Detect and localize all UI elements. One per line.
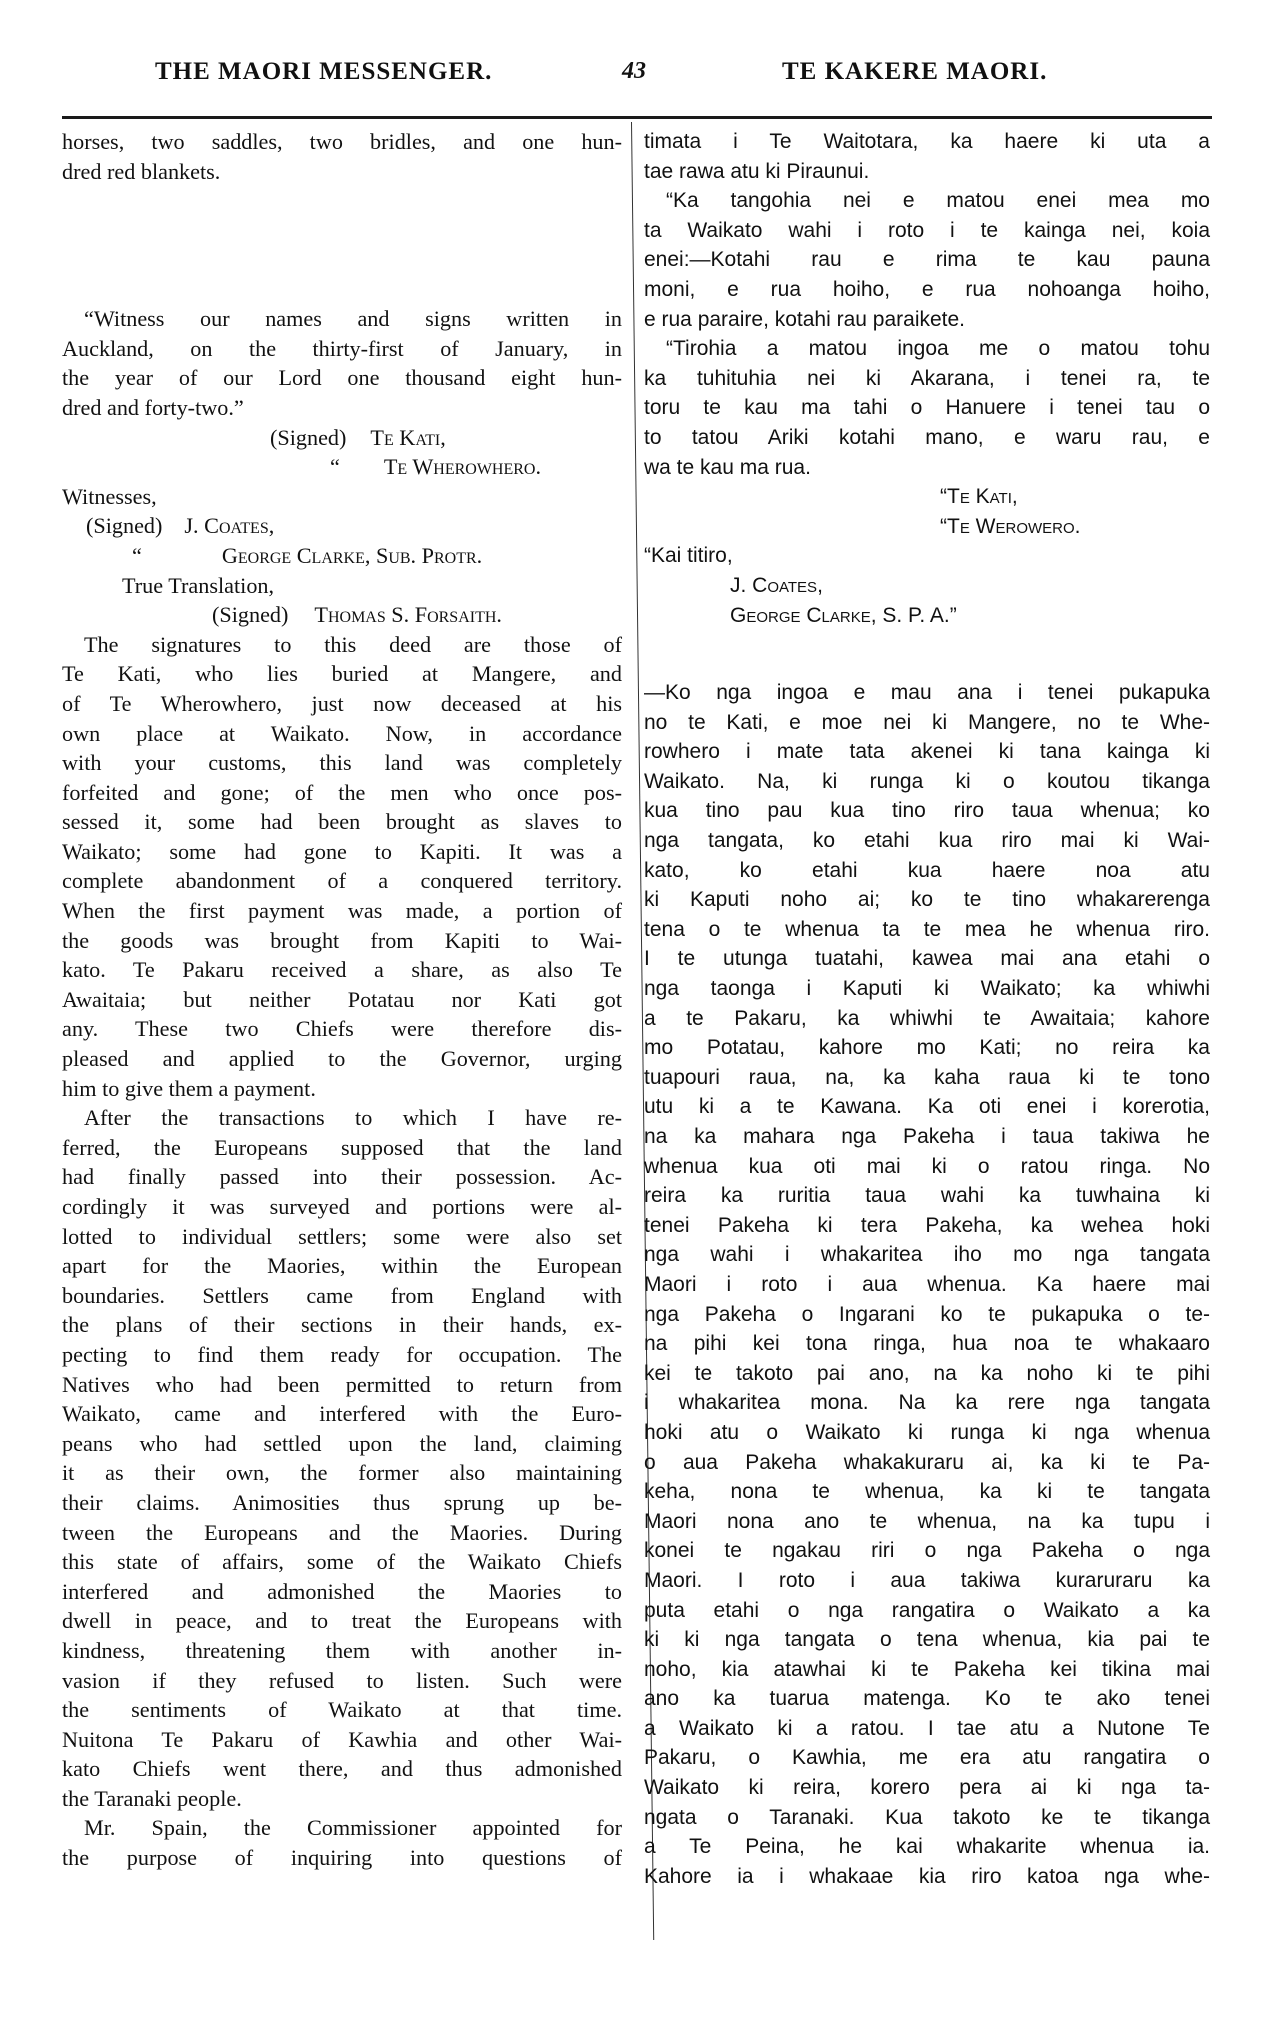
translation-label: True Translation,	[122, 573, 274, 598]
text-line: lotted to individual settlers; some were…	[62, 1222, 622, 1252]
running-header: THE MAORI MESSENGER. 43 TE KAKERE MAORI.	[0, 58, 1280, 94]
text-line: wa te kau ma rua.	[644, 453, 1210, 483]
text-line: ngata o Taranaki. Kua takoto ke te tikan…	[644, 1803, 1210, 1833]
text-line: nga taonga i Kaputi ki Waikato; ka whiwh…	[644, 974, 1210, 1004]
text-line: Maori. I roto i aua takiwa kuraruraru ka	[644, 1566, 1210, 1596]
text-line: Kahore ia i whakaae kia riro katoa nga w…	[644, 1862, 1210, 1892]
text-line: na pihi kei tona ringa, hua noa te whaka…	[644, 1329, 1210, 1359]
text-line: kua tino pau kua tino riro taua whenua; …	[644, 796, 1210, 826]
text-line: nga wahi i whakaritea iho mo nga tangata	[644, 1240, 1210, 1270]
maori-title: TE KAKERE MAORI.	[782, 58, 1047, 86]
text-line: it as their own, the former also maintai…	[62, 1458, 622, 1488]
text-line: peans who had settled upon the land, cla…	[62, 1429, 622, 1459]
text-line: kato. Te Pakaru received a share, as als…	[62, 955, 622, 985]
text-line: When the first payment was made, a porti…	[62, 896, 622, 926]
text-line: a Te Peina, he kai whakarite whenua ia.	[644, 1832, 1210, 1862]
text-line: horses, two saddles, two bridles, and on…	[62, 127, 622, 157]
translation-label-line: True Translation,	[62, 571, 622, 601]
text-line: —Ko nga ingoa e mau ana i tenei pukapuka	[644, 678, 1210, 708]
text-line: puta etahi o nga rangatira o Waikato a k…	[644, 1596, 1210, 1626]
text-line: ki Kaputi noho ai; ko te tino whakareren…	[644, 885, 1210, 915]
text-line: dwell in peace, and to treat the Europea…	[62, 1606, 622, 1636]
text-line: own place at Waikato. Now, in accordance	[62, 719, 622, 749]
text-line: sessed it, some had been brought as slav…	[62, 807, 622, 837]
blank-space	[644, 630, 1210, 678]
text-line: Pakaru, o Kawhia, me era atu rangatira o	[644, 1743, 1210, 1773]
text-line: e rua paraire, kotahi rau paraikete.	[644, 305, 1210, 335]
text-line: moni, e rua hoiho, e rua nohoanga hoiho,	[644, 275, 1210, 305]
text-line: kindness, threatening them with another …	[62, 1636, 622, 1666]
signatory-name: “Te Werowero.	[940, 515, 1080, 538]
text-line: dred and forty-two.”	[62, 393, 622, 423]
text-line: the goods was brought from Kapiti to Wai…	[62, 926, 622, 956]
deed-witness-paragraph: “Witness our names and signs written in …	[62, 304, 622, 422]
witness-line: “George Clarke, Sub. Protr.	[62, 541, 622, 571]
text-line: ferred, the Europeans supposed that the …	[62, 1133, 622, 1163]
text-line: kato, ko etahi kua haere noa atu	[644, 856, 1210, 886]
witness-line: (Signed)J. Coates,	[62, 511, 622, 541]
text-line: the sentiments of Waikato at that time.	[62, 1695, 622, 1725]
deed-witness-paragraph: “Tirohia a matou ingoa me o matou tohu k…	[644, 334, 1210, 482]
footnote-paragraph: The signatures to this deed are those of…	[62, 630, 622, 1104]
text-line: Te Kati, who lies buried at Mangere, and	[62, 659, 622, 689]
deed-items-paragraph: “Ka tangohia nei e matou enei mea mo ta …	[644, 186, 1210, 334]
text-line: “Tirohia a matou ingoa me o matou tohu	[644, 334, 1210, 364]
text-line: The signatures to this deed are those of	[62, 630, 622, 660]
text-line: tena o te whenua ta te mea he whenua rir…	[644, 915, 1210, 945]
text-line: kato Chiefs went there, and thus admonis…	[62, 1754, 622, 1784]
text-line: tuapouri raua, na, ka kaha raua ki te to…	[644, 1063, 1210, 1093]
text-line: dred red blankets.	[62, 157, 622, 187]
text-line: interfered and admonished the Maories to	[62, 1577, 622, 1607]
text-line: of Te Wherowhero, just now deceased at h…	[62, 689, 622, 719]
text-line: their claims. Animosities thus sprung up…	[62, 1488, 622, 1518]
body-paragraph: After the transactions to which I have r…	[62, 1103, 622, 1813]
text-line: a Waikato ki a ratou. I tae atu a Nutone…	[644, 1714, 1210, 1744]
text-line: the year of our Lord one thousand eight …	[62, 363, 622, 393]
witness-name: J. Coates,	[730, 574, 823, 597]
text-line: Waikato ki reira, korero pera ai ki nga …	[644, 1773, 1210, 1803]
text-line: cordingly it was surveyed and portions w…	[62, 1192, 622, 1222]
text-line: him to give them a payment.	[62, 1074, 622, 1104]
english-title: THE MAORI MESSENGER.	[155, 58, 492, 86]
text-line: kei te takoto pai ano, na ka noho ki te …	[644, 1359, 1210, 1389]
text-line: had finally passed into their possession…	[62, 1162, 622, 1192]
text-line: o aua Pakeha whakakuraru ai, ka ki te Pa…	[644, 1448, 1210, 1478]
text-line: no te Kati, e moe nei ki Mangere, no te …	[644, 708, 1210, 738]
signed-label: (Signed)	[270, 425, 346, 450]
signature-line: (Signed)Te Kati,	[62, 423, 622, 453]
signatures-block: “Te Kati, “Te Werowero. “Kai titiro, J. …	[644, 482, 1210, 630]
text-line: pleased and applied to the Governor, urg…	[62, 1044, 622, 1074]
witness-line: J. Coates,	[644, 571, 1210, 601]
paragraph-continuation: horses, two saddles, two bridles, and on…	[62, 127, 622, 186]
text-line: toru te kau ma tahi o Hanuere i tenei ta…	[644, 393, 1210, 423]
text-line: ka tuhituhia nei ki Akarana, i tenei ra,…	[644, 364, 1210, 394]
text-line: “Witness our names and signs written in	[62, 304, 622, 334]
text-line: Auckland, on the thirty-first of January…	[62, 334, 622, 364]
text-line: forfeited and gone; of the men who once …	[62, 778, 622, 808]
signatory-name: Te Wherowhero.	[384, 454, 541, 479]
text-line: I te utunga tuatahi, kawea mai ana etahi…	[644, 944, 1210, 974]
text-line: rowhero i mate tata akenei ki tana kaing…	[644, 737, 1210, 767]
text-line: tenei Pakeha ki tera Pakeha, ka wehea ho…	[644, 1211, 1210, 1241]
witnesses-label: Witnesses,	[62, 482, 622, 512]
signature-line: “Te Kati,	[644, 482, 1210, 512]
text-line: utu ki a te Kawana. Ka oti enei i korero…	[644, 1092, 1210, 1122]
english-column: horses, two saddles, two bridles, and on…	[62, 127, 622, 1873]
text-line: nga tangata, ko etahi kua riro mai ki Wa…	[644, 826, 1210, 856]
signature-line: “Te Werowero.	[644, 512, 1210, 542]
text-line: any. These two Chiefs were therefore dis…	[62, 1014, 622, 1044]
translator-line: (Signed)Thomas S. Forsaith.	[62, 600, 622, 630]
text-line: ano ka tuarua matenga. Ko te ako tenei	[644, 1684, 1210, 1714]
text-line: pecting to find them ready for occupatio…	[62, 1340, 622, 1370]
text-line: the Taranaki people.	[62, 1784, 622, 1814]
text-line: Waikato. Na, ki runga ki o koutou tikang…	[644, 767, 1210, 797]
text-line: Awaitaia; but neither Potatau nor Kati g…	[62, 985, 622, 1015]
signed-label: (Signed)	[212, 602, 288, 627]
text-line: the purpose of inquiring into questions …	[62, 1843, 622, 1873]
text-line: Mr. Spain, the Commissioner appointed fo…	[62, 1813, 622, 1843]
text-line: na ka mahara nga Pakeha i taua takiwa he	[644, 1122, 1210, 1152]
signatures-block: (Signed)Te Kati, “Te Wherowhero. Witness…	[62, 423, 622, 630]
text-line: i whakaritea mona. Na ka rere nga tangat…	[644, 1388, 1210, 1418]
text-line: apart for the Maories, within the Europe…	[62, 1251, 622, 1281]
text-line: complete abandonment of a conquered terr…	[62, 866, 622, 896]
text-line: ki ki nga tangata o tena whenua, kia pai…	[644, 1625, 1210, 1655]
text-line: “Ka tangohia nei e matou enei mea mo	[644, 186, 1210, 216]
text-line: a te Pakaru, ka whiwhi te Awaitaia; kaho…	[644, 1004, 1210, 1034]
text-line: to tatou Ariki kotahi mano, e waru rau, …	[644, 423, 1210, 453]
text-line: keha, nona te whenua, ka ki te tangata	[644, 1477, 1210, 1507]
ditto-mark: “	[330, 454, 340, 479]
text-line: mo Potatau, kahore mo Kati; no reira ka	[644, 1033, 1210, 1063]
text-line: konei te ngakau riri o nga Pakeha o nga	[644, 1536, 1210, 1566]
maori-column: timata i Te Waitotara, ka haere ki uta a…	[644, 127, 1210, 1891]
witness-name: George Clarke, Sub. Protr.	[222, 543, 482, 568]
text-line: tae rawa atu ki Piraunui.	[644, 157, 1210, 187]
witness-name: George Clarke, S. P. A.”	[730, 604, 957, 627]
witnesses-label: “Kai titiro,	[644, 541, 1210, 571]
ditto-mark: “	[132, 543, 142, 568]
witness-line: George Clarke, S. P. A.”	[644, 601, 1210, 631]
witness-name: J. Coates,	[184, 513, 274, 538]
text-line: ta Waikato wahi i roto i te kainga nei, …	[644, 216, 1210, 246]
text-line: hoki atu o Waikato ki runga ki nga whenu…	[644, 1418, 1210, 1448]
header-rule	[62, 116, 1212, 119]
text-line: enei:—Kotahi rau e rima te kau pauna	[644, 245, 1210, 275]
text-line: noho, kia atawhai ki te Pakeha kei tikin…	[644, 1655, 1210, 1685]
signed-label: (Signed)	[86, 513, 162, 538]
text-line: Waikato, came and interfered with the Eu…	[62, 1399, 622, 1429]
text-line: boundaries. Settlers came from England w…	[62, 1281, 622, 1311]
text-line: whenua kua oti mai ki o ratou ringa. No	[644, 1152, 1210, 1182]
text-line: After the transactions to which I have r…	[62, 1103, 622, 1133]
signature-line: “Te Wherowhero.	[62, 452, 622, 482]
text-line: Maori i roto i aua whenua. Ka haere mai	[644, 1270, 1210, 1300]
body-paragraph: Mr. Spain, the Commissioner appointed fo…	[62, 1813, 622, 1872]
text-line: nga Pakeha o Ingarani ko te pukapuka o t…	[644, 1300, 1210, 1330]
signatory-name: Te Kati,	[370, 425, 445, 450]
translator-name: Thomas S. Forsaith.	[314, 602, 502, 627]
text-line: the plans of their sections in their han…	[62, 1310, 622, 1340]
text-line: reira ka ruritia taua wahi ka tuwhaina k…	[644, 1181, 1210, 1211]
text-line: with your customs, this land was complet…	[62, 748, 622, 778]
text-line: tween the Europeans and the Maories. Dur…	[62, 1518, 622, 1548]
text-line: Natives who had been permitted to return…	[62, 1370, 622, 1400]
text-line: Maori nona ano te whenua, na ka tupu i	[644, 1507, 1210, 1537]
text-line: Nuitona Te Pakaru of Kawhia and other Wa…	[62, 1725, 622, 1755]
text-line: Waikato; some had gone to Kapiti. It was…	[62, 837, 622, 867]
footnote-paragraph: —Ko nga ingoa e mau ana i tenei pukapuka…	[644, 678, 1210, 1891]
paragraph-continuation: timata i Te Waitotara, ka haere ki uta a…	[644, 127, 1210, 186]
signatory-name: “Te Kati,	[940, 485, 1018, 508]
text-line: timata i Te Waitotara, ka haere ki uta a	[644, 127, 1210, 157]
text-line: this state of affairs, some of the Waika…	[62, 1547, 622, 1577]
blank-space	[62, 186, 622, 304]
page-number: 43	[622, 58, 646, 85]
text-line: vasion if they refused to listen. Such w…	[62, 1666, 622, 1696]
